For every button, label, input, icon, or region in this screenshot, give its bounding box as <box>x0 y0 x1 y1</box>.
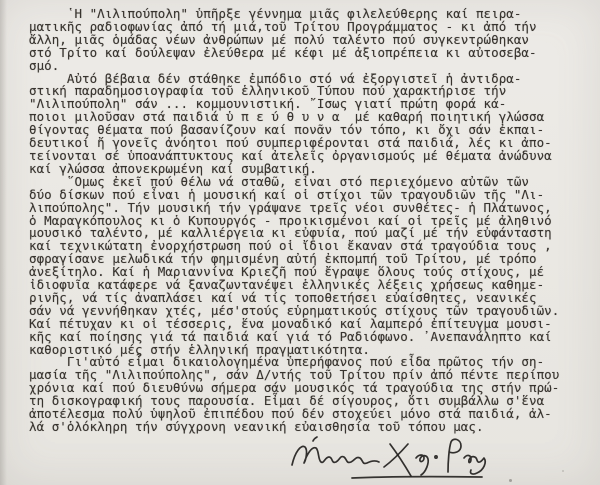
text-line: στό Τρίτο καί δούλεψαν ἐλεύθερα μέ κέφι … <box>29 47 590 60</box>
signature-dot <box>435 456 437 458</box>
document-body: ῾Η "Λιλιπούπολη" ὑπῆρξε γέννημα μιᾶς φιλ… <box>29 8 590 434</box>
scan-speck <box>509 479 512 482</box>
signature-svg <box>278 434 502 485</box>
text-line: λά σ'ὁλόκληρη τήν σύγχρονη νεανική εὐαισ… <box>29 421 590 434</box>
signature-accent-stroke <box>313 437 317 441</box>
signature-underline <box>352 477 482 478</box>
scan-speck <box>562 470 564 472</box>
scan-edge-shadow <box>0 0 7 485</box>
signature-stroke-first-name <box>292 446 379 465</box>
signature-stroke-flourish <box>464 455 485 474</box>
paragraph: Αὐτό βέβαια δέν στάθηκε ἐμπόδιο στό νά ἐ… <box>29 73 590 176</box>
signature-handwriting <box>278 434 502 485</box>
paper-page: ῾Η "Λιλιπούπολη" ὑπῆρξε γέννημα μιᾶς φιλ… <box>0 0 600 485</box>
paragraph: ῾Η "Λιλιπούπολη" ὑπῆρξε γέννημα μιᾶς φιλ… <box>29 8 590 73</box>
paragraph: ῞Ομως ἐκεῖ πού θέλω νά σταθῶ, εἶναι στό … <box>29 176 590 357</box>
signature-stroke-loop <box>448 439 461 472</box>
paragraph: Γι'αὐτό εἶμαι δικαιολογημένα ὑπερήφανος … <box>29 356 590 433</box>
signature-stroke-surname-part <box>416 455 428 475</box>
